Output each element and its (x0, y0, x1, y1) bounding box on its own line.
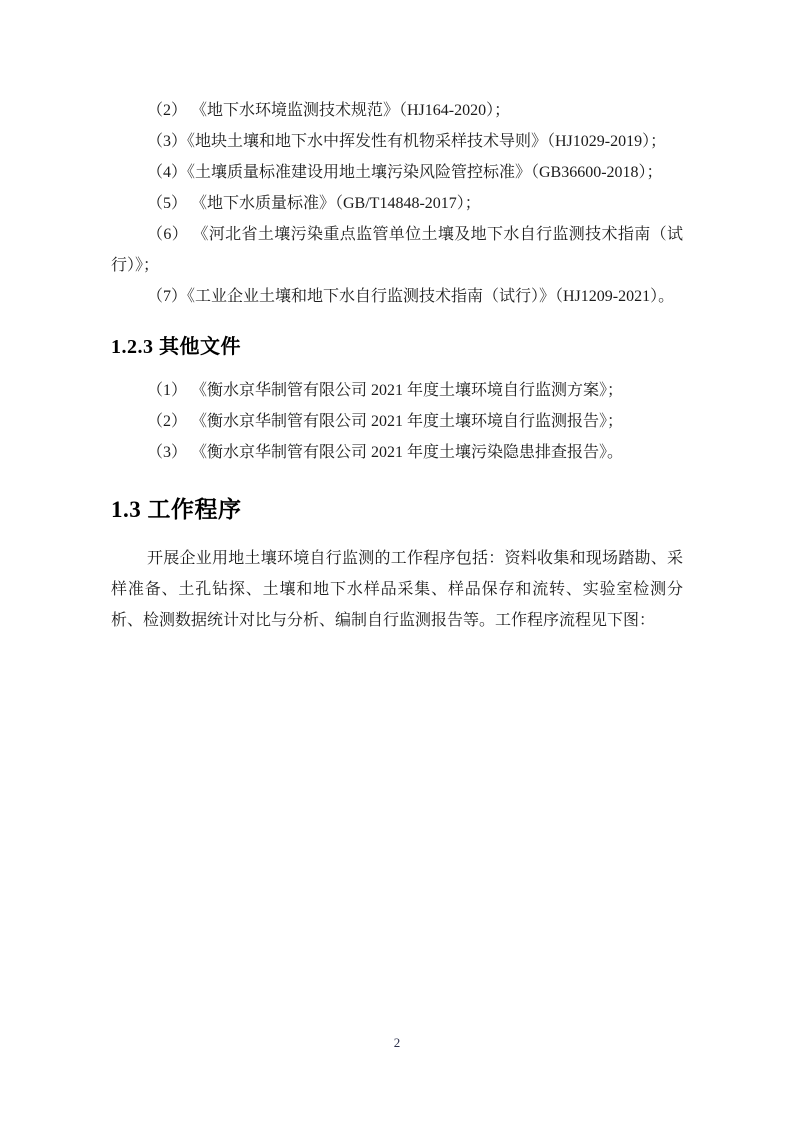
reference-item: （4）《土壤质量标准建设用地土壤污染风险管控标准》（GB36600-2018）； (111, 157, 683, 188)
reference-item: （5） 《地下水质量标准》（GB/T14848-2017）； (111, 188, 683, 219)
section-heading-other-documents: 1.2.3 其他文件 (111, 333, 683, 361)
page-content: （2） 《地下水环境监测技术规范》（HJ164-2020）； （3）《地块土壤和… (111, 95, 683, 636)
document-item: （3） 《衡水京华制管有限公司 2021 年度土壤污染隐患排查报告》。 (111, 437, 683, 468)
reference-item: （3）《地块土壤和地下水中挥发性有机物采样技术导则》（HJ1029-2019）； (111, 126, 683, 157)
reference-item: （2） 《地下水环境监测技术规范》（HJ164-2020）； (111, 95, 683, 126)
reference-item: （6） 《河北省土壤污染重点监管单位土壤及地下水自行监测技术指南（试行）》； (111, 219, 683, 281)
page-number: 2 (394, 1035, 401, 1050)
document-page: （2） 《地下水环境监测技术规范》（HJ164-2020）； （3）《地块土壤和… (0, 0, 794, 1123)
reference-item: （7）《工业企业土壤和地下水自行监测技术指南（试行）》（HJ1209-2021）… (111, 281, 683, 312)
other-documents-list: （1） 《衡水京华制管有限公司 2021 年度土壤环境自行监测方案》； （2） … (111, 375, 683, 468)
page-footer: 2 (0, 1034, 794, 1052)
section-heading-work-procedure: 1.3 工作程序 (111, 494, 683, 525)
reference-standards-list: （2） 《地下水环境监测技术规范》（HJ164-2020）； （3）《地块土壤和… (111, 95, 683, 312)
work-procedure-paragraph: 开展企业用地土壤环境自行监测的工作程序包括：资料收集和现场踏勘、采样准备、土孔钻… (111, 543, 683, 636)
document-item: （2） 《衡水京华制管有限公司 2021 年度土壤环境自行监测报告》； (111, 406, 683, 437)
document-item: （1） 《衡水京华制管有限公司 2021 年度土壤环境自行监测方案》； (111, 375, 683, 406)
